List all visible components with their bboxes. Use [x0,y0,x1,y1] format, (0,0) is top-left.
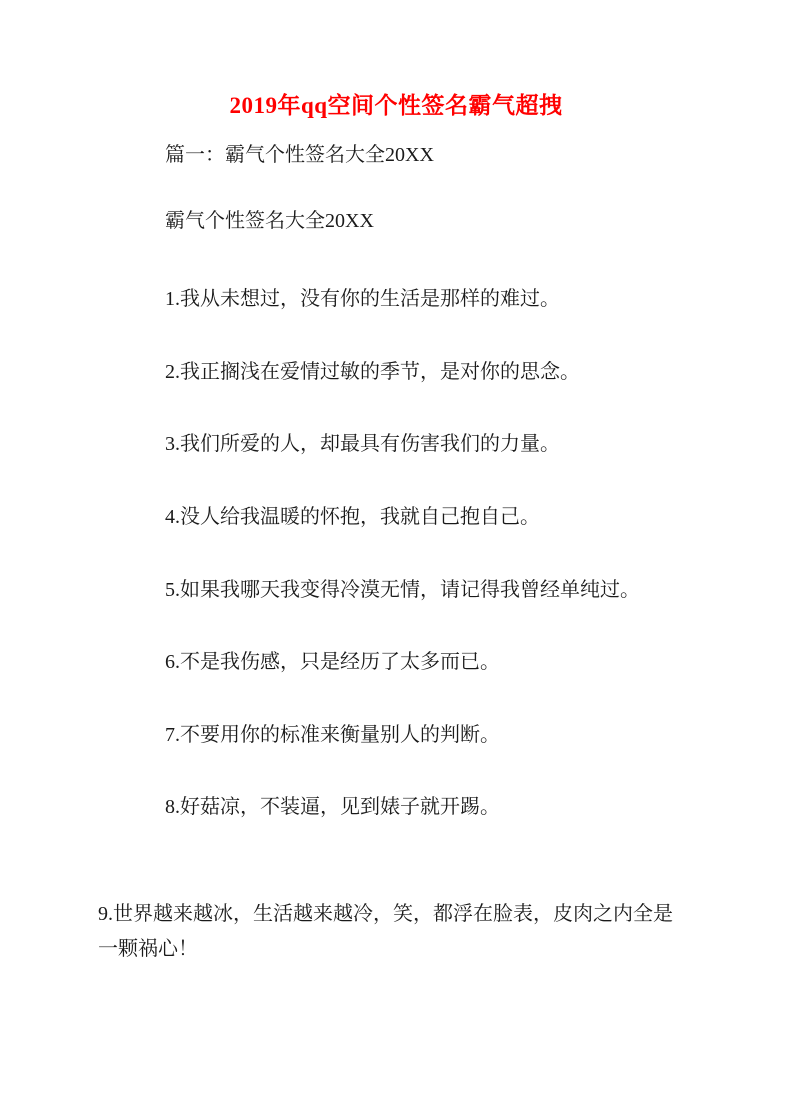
signature-line-7: 7.不要用你的标准来衡量别人的判断。 [165,723,732,747]
signature-line-9: 9.世界越来越冰，生活越来越冷，笑，都浮在脸表，皮肉之内全是 一颗祸心！ [98,897,696,967]
document-title: 2019年qq空间个性签名霸气超拽 [0,92,792,120]
document-page: 2019年qq空间个性签名霸气超拽 篇一：霸气个性签名大全20XX 霸气个性签名… [0,0,792,1120]
signature-line-3: 3.我们所爱的人，却最具有伤害我们的力量。 [165,432,732,456]
paragraph-subtitle: 霸气个性签名大全20XX [165,209,732,233]
signature-line-4: 4.没人给我温暖的怀抱，我就自己抱自己。 [165,505,732,529]
signature-line-5: 5.如果我哪天我变得冷漠无情，请记得我曾经单纯过。 [165,578,732,602]
paragraph-section-heading: 篇一：霸气个性签名大全20XX [165,143,732,167]
signature-line-8: 8.好菇凉，不装逼，见到婊子就开踢。 [165,795,732,819]
signature-line-1: 1.我从未想过，没有你的生活是那样的难过。 [165,287,732,311]
signature-line-6: 6.不是我伤感，只是经历了太多而已。 [165,650,732,674]
signature-line-2: 2.我正搁浅在爱情过敏的季节，是对你的思念。 [165,360,732,384]
